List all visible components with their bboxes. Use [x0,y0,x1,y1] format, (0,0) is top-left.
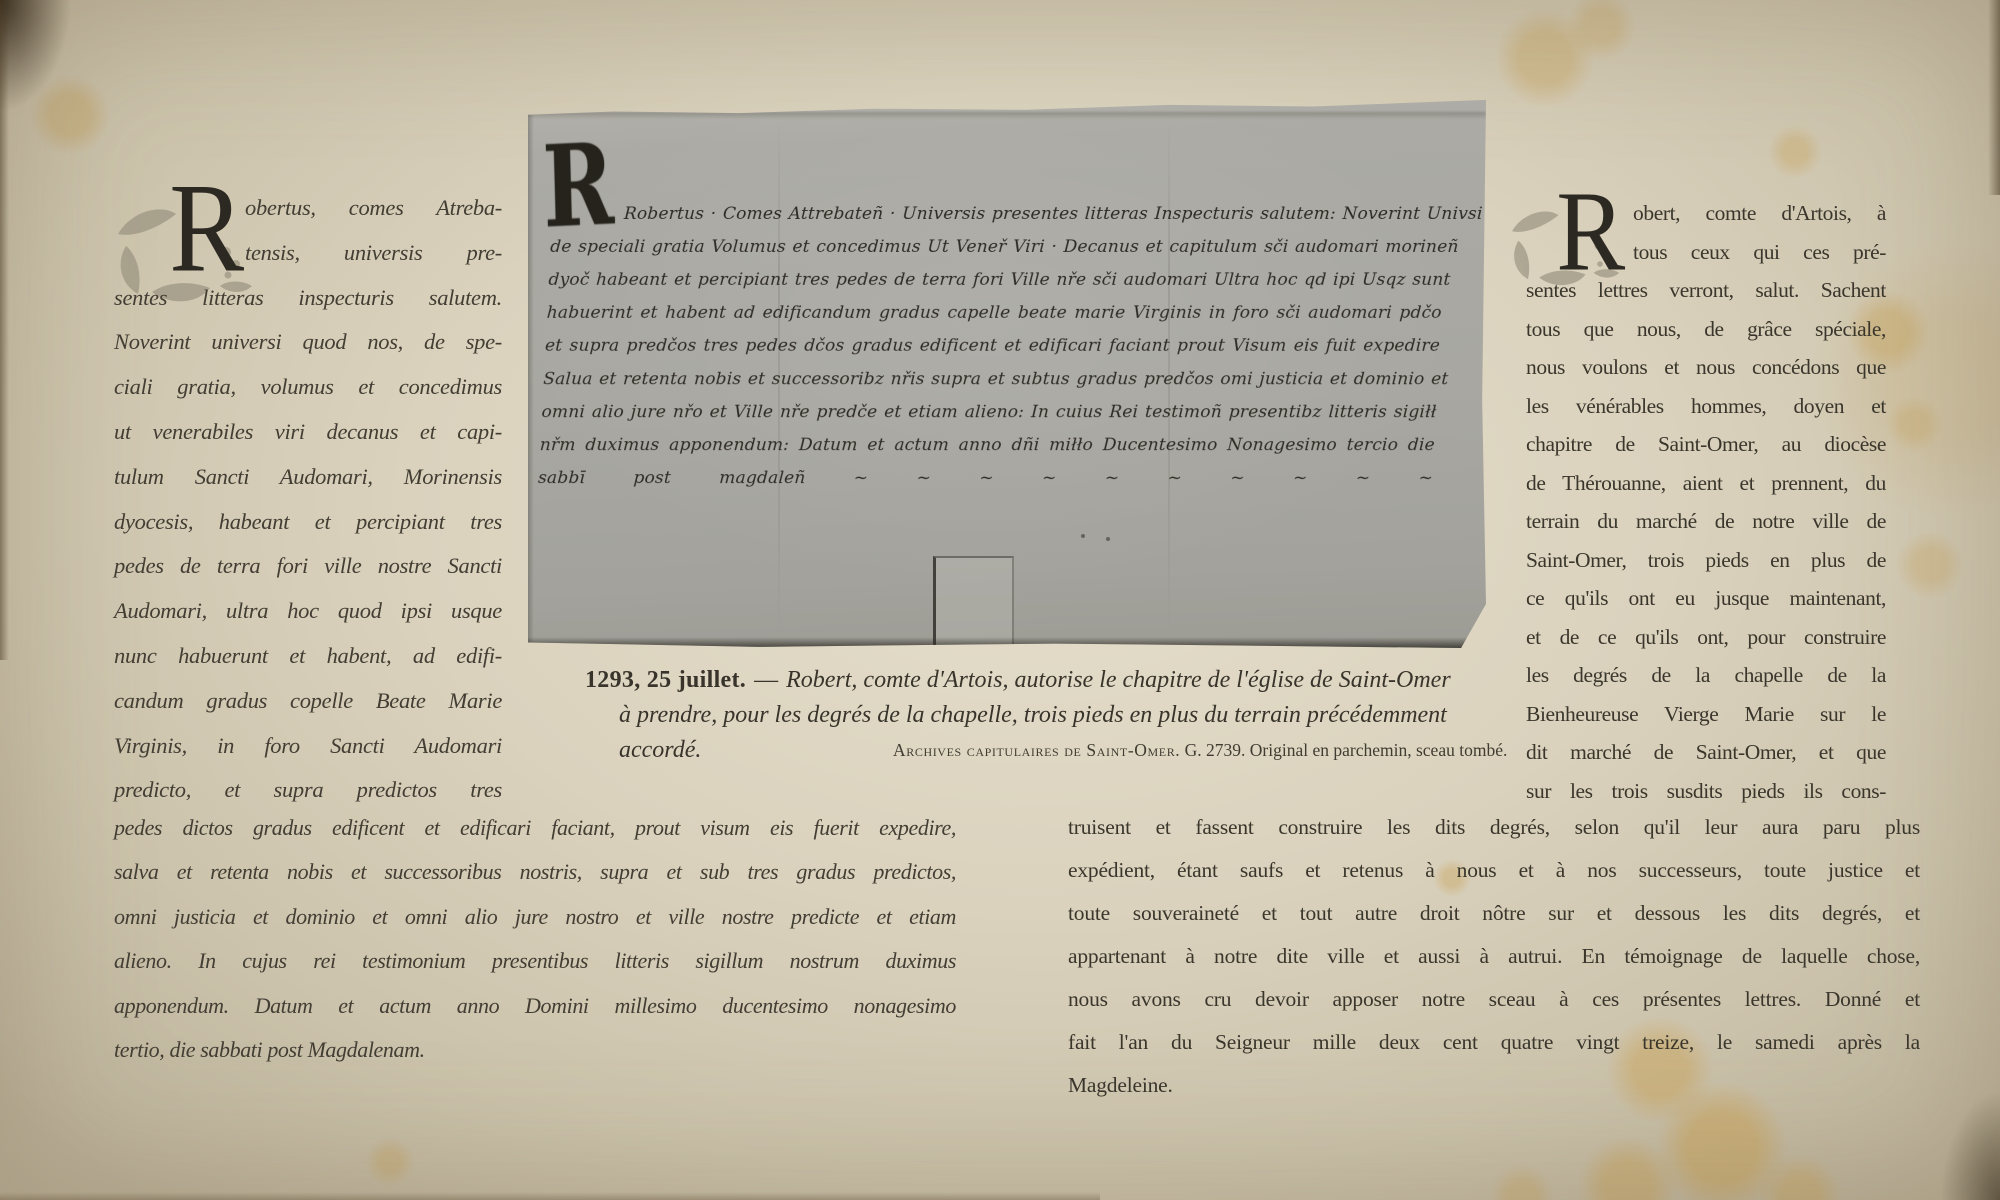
latin-line: tulum Sancti Audomari, Morinensis [114,455,502,500]
french-line: tous ceux qui ces pré- [1526,233,1886,272]
french-line: dit marché de Saint-Omer, et que [1526,733,1886,772]
french-line: toute souveraineté et tout autre droit n… [1068,892,1920,935]
caption-date: 1293, 25 juillet. [585,667,746,693]
french-line: sur les trois susdits pieds ils cons- [1526,772,1886,811]
french-line: chapitre de Saint-Omer, au diocèse [1526,425,1886,464]
archive-source-smallcaps: Archives capitulaires de Saint-Omer. [893,740,1180,760]
french-line: Saint-Omer, trois pieds en plus de [1526,541,1886,580]
ink-speck [1106,537,1110,541]
latin-line: alieno. In cujus rei testimonium present… [114,939,956,983]
caption-dash: — [746,667,786,693]
seal-tongue-cut [933,556,1014,650]
latin-line: ciali gratia, volumus et concedimus [114,365,502,410]
manuscript-line: habuerint et habent ad edificandum gradu… [546,297,1443,330]
latin-line: tertio, die sabbati post Magdalenam. [114,1028,956,1072]
latin-line: omni justicia et dominio et omni alio ju… [114,895,956,939]
manuscript-line: et supra predčos tres pedes dčos gradus … [544,330,1441,363]
caption-line: à prendre, pour les degrés de la chapell… [619,698,1550,733]
book-page: R Robertus · Comes Attrebateñ · Universi… [0,0,2000,1200]
french-line: de Thérouanne, aient et prennent, du [1526,464,1886,503]
ink-speck [1081,534,1085,538]
french-line: et de ce qu'ils ont, pour construire [1526,618,1886,657]
latin-line: pedes de terra fori ville nostre Sancti [114,544,502,589]
dark-edge-left [0,0,9,660]
manuscript-line: Salua et retenta nobis et successoribz n… [542,363,1439,396]
latin-line: Noverint universi quod nos, de spe- [114,320,502,365]
latin-line: Virginis, in foro Sancti Audomari [114,724,502,769]
latin-line: salva et retenta nobis et successoribus … [114,850,956,894]
manuscript-handwriting: Robertus · Comes Attrebateñ · Universis … [537,198,1448,495]
french-line: appartenant à notre dite ville et aussi … [1068,935,1920,978]
french-line: obert, comte d'Artois, à [1526,194,1886,233]
latin-line: pedes dictos gradus edificent et edifica… [114,806,956,850]
french-text-wide: truisent et fassent construire les dits … [1068,806,1920,1107]
french-line: nous avons cru devoir apposer notre scea… [1068,978,1920,1021]
caption-line: 1293, 25 juillet.—Robert, comte d'Artois… [585,663,1550,698]
latin-line: obertus, comes Atreba- [114,186,502,231]
french-line: truisent et fassent construire les dits … [1068,806,1920,849]
manuscript-line: sabbī post magdaleñ ~ ~ ~ ~ ~ ~ ~ ~ ~ ~ [537,462,1434,495]
dark-corner-top-left [0,0,70,110]
latin-line: apponendum. Datum et actum anno Domini m… [114,984,956,1028]
archive-source-line: Archives capitulaires de Saint-Omer. G. … [893,740,1507,761]
french-line: les degrés de la chapelle de la [1526,656,1886,695]
manuscript-line: omni alio jure nřo et Ville nře predče e… [541,396,1438,429]
latin-line: nunc habuerunt et habent, ad edifi- [114,634,502,679]
french-line: expédient, étant saufs et retenus à nous… [1068,849,1920,892]
dark-edge-right-top [1988,0,2000,195]
latin-line: sentes litteras inspecturis salutem. [114,276,502,321]
french-line: les vénérables hommes, doyen et [1526,387,1886,426]
french-line: ce qu'ils ont eu jusque maintenant, [1526,579,1886,618]
photo-top-edge [528,112,1486,119]
photo-left-edge [528,96,534,648]
latin-line: ut venerabiles viri decanus et capi- [114,410,502,455]
latin-line: Audomari, ultra hoc quod ipsi usque [114,589,502,634]
dark-corner-bottom-right [1940,1090,2000,1200]
french-line: Bienheureuse Vierge Marie sur le [1526,695,1886,734]
manuscript-line: dyoč habeant et percipiant tres pedes de… [548,264,1445,297]
latin-line: dyocesis, habeant et percipiant tres [114,500,502,545]
manuscript-line: Robertus · Comes Attrebateñ · Universis … [551,198,1448,231]
latin-text-wide: pedes dictos gradus edificent et edifica… [114,806,956,1072]
photo-bottom-edge [528,637,1486,648]
french-line: nous voulons et nous concédons que [1526,348,1886,387]
manuscript-line: nřm duximus apponendum: Datum et actum a… [539,429,1436,462]
french-text-column: obert, comte d'Artois, àtous ceux qui ce… [1526,194,1886,810]
latin-text-column: obertus, comes Atreba-tensis, universis … [114,186,502,813]
manuscript-line: de speciali gratia Volumus et concedimus… [549,231,1446,264]
french-line: terrain du marché de notre ville de [1526,502,1886,541]
french-line: Magdeleine. [1068,1064,1920,1107]
dark-edge-bottom [0,1192,1100,1200]
latin-line: tensis, universis pre- [114,231,502,276]
latin-line: candum gradus copelle Beate Marie [114,679,502,724]
french-line: sentes lettres verront, salut. Sachent [1526,271,1886,310]
french-line: fait l'an du Seigneur mille deux cent qu… [1068,1021,1920,1064]
french-line: tous que nous, de grâce spéciale, [1526,310,1886,349]
archive-source-ref: G. 2739. Original en parchemin, sceau to… [1185,740,1508,760]
manuscript-photo: R Robertus · Comes Attrebateñ · Universi… [528,96,1486,648]
caption-text: Robert, comte d'Artois, autorise le chap… [786,667,1451,693]
